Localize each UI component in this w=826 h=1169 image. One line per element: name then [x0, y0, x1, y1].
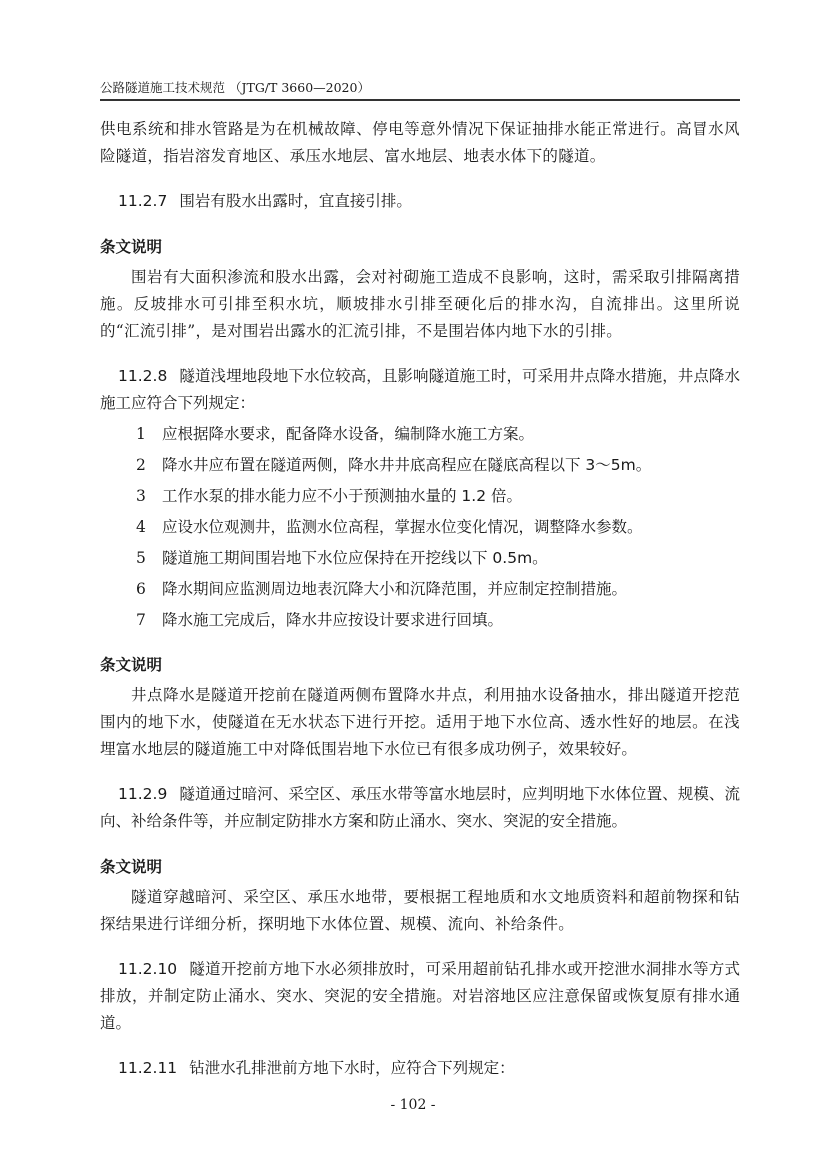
list-item: 2降水井应布置在隧道两侧，降水井井底高程应在隧底高程以下 3～5m。	[100, 452, 740, 479]
clause-number: 11.2.7	[118, 188, 167, 215]
explanation-title: 条文说明	[100, 233, 740, 260]
item-text: 降水井应布置在隧道两侧，降水井井底高程应在隧底高程以下 3～5m。	[162, 456, 651, 474]
item-text: 工作水泵的排水能力应不小于预测抽水量的 1.2 倍。	[162, 487, 522, 505]
clause-11-2-10: 11.2.10隧道开挖前方地下水必须排放时，可采用超前钻孔排水或开挖泄水洞排水等…	[100, 956, 740, 1037]
list-item: 1应根据降水要求，配备降水设备，编制降水施工方案。	[100, 421, 740, 448]
clause-number: 11.2.10	[118, 956, 177, 983]
item-text: 降水施工完成后，降水井应按设计要求进行回填。	[162, 611, 503, 629]
explanation-text: 围岩有大面积渗流和股水出露，会对衬砌施工造成不良影响，这时，需采取引排隔离措施。…	[100, 264, 740, 345]
clause-11-2-7: 11.2.7围岩有股水出露时，宜直接引排。	[100, 188, 740, 215]
clause-text: 围岩有股水出露时，宜直接引排。	[179, 192, 412, 210]
list-item: 6降水期间应监测周边地表沉降大小和沉降范围，并应制定控制措施。	[100, 576, 740, 603]
item-number: 2	[136, 452, 162, 479]
item-number: 3	[136, 483, 162, 510]
page-number: - 102 -	[0, 1097, 826, 1113]
list-item: 5隧道施工期间围岩地下水位应保持在开挖线以下 0.5m。	[100, 545, 740, 572]
item-number: 4	[136, 514, 162, 541]
clause-text: 隧道浅埋地段地下水位较高，且影响隧道施工时，可采用井点降水措施，井点降水施工应符…	[100, 367, 740, 412]
explanation-title: 条文说明	[100, 651, 740, 678]
item-number: 5	[136, 545, 162, 572]
intro-paragraph: 供电系统和排水管路是为在机械故障、停电等意外情况下保证抽排水能正常进行。高冒水风…	[100, 116, 740, 170]
clause-11-2-11: 11.2.11钻泄水孔排泄前方地下水时，应符合下列规定：	[100, 1055, 740, 1082]
clause-text: 钻泄水孔排泄前方地下水时，应符合下列规定：	[189, 1059, 515, 1077]
explanation-text: 井点降水是隧道开挖前在隧道两侧布置降水井点，利用抽水设备抽水，排出隧道开挖范围内…	[100, 682, 740, 763]
clause-text: 隧道通过暗河、采空区、承压水带等富水地层时，应判明地下水体位置、规模、流向、补给…	[100, 785, 740, 830]
item-number: 1	[136, 421, 162, 448]
clause-11-2-8: 11.2.8隧道浅埋地段地下水位较高，且影响隧道施工时，可采用井点降水措施，井点…	[100, 363, 740, 417]
item-text: 应设水位观测井，监测水位高程，掌握水位变化情况，调整降水参数。	[162, 518, 643, 536]
clause-text: 隧道开挖前方地下水必须排放时，可采用超前钻孔排水或开挖泄水洞排水等方式排放，并制…	[100, 960, 740, 1032]
clause-number: 11.2.9	[118, 781, 167, 808]
list-item: 4应设水位观测井，监测水位高程，掌握水位变化情况，调整降水参数。	[100, 514, 740, 541]
item-text: 隧道施工期间围岩地下水位应保持在开挖线以下 0.5m。	[162, 549, 548, 567]
clause-number: 11.2.11	[118, 1055, 177, 1082]
running-header: 公路隧道施工技术规范 （JTG/T 3660—2020）	[100, 79, 740, 101]
explanation-text: 隧道穿越暗河、采空区、承压水地带，要根据工程地质和水文地质资料和超前物探和钻探结…	[100, 884, 740, 938]
explanation-title: 条文说明	[100, 853, 740, 880]
clause-11-2-9: 11.2.9隧道通过暗河、采空区、承压水带等富水地层时，应判明地下水体位置、规模…	[100, 781, 740, 835]
clause-number: 11.2.8	[118, 363, 167, 390]
item-text: 应根据降水要求，配备降水设备，编制降水施工方案。	[162, 425, 534, 443]
page-body: 供电系统和排水管路是为在机械故障、停电等意外情况下保证抽排水能正常进行。高冒水风…	[100, 116, 740, 1082]
list-item: 7降水施工完成后，降水井应按设计要求进行回填。	[100, 607, 740, 634]
item-number: 7	[136, 607, 162, 634]
item-number: 6	[136, 576, 162, 603]
item-text: 降水期间应监测周边地表沉降大小和沉降范围，并应制定控制措施。	[162, 580, 627, 598]
list-item: 3工作水泵的排水能力应不小于预测抽水量的 1.2 倍。	[100, 483, 740, 510]
